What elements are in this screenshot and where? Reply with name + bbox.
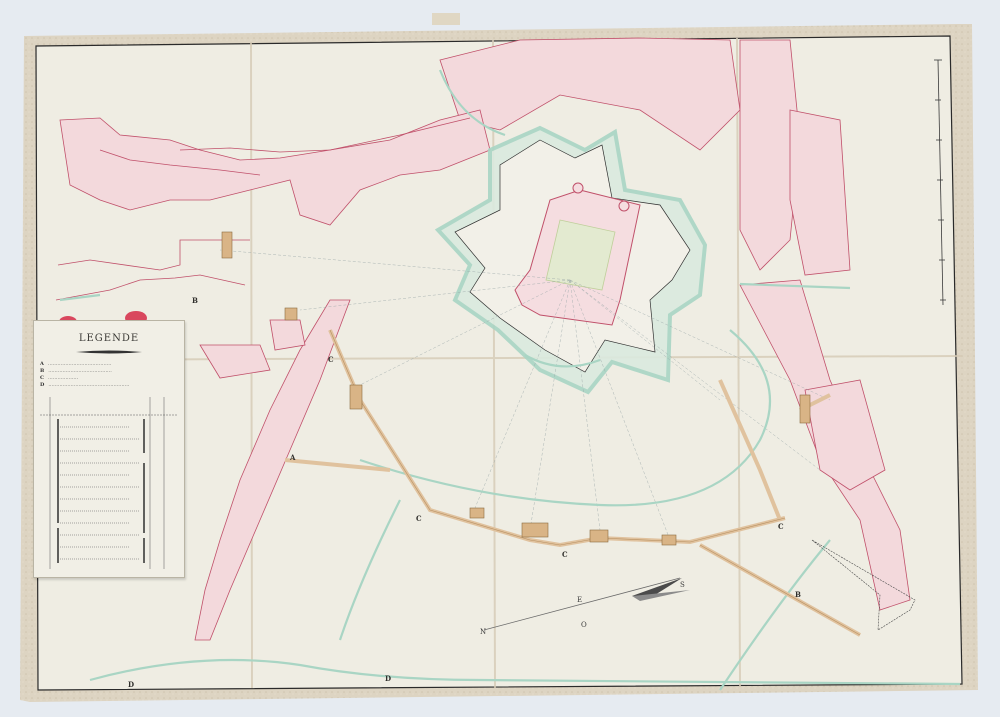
legend-table (40, 393, 178, 571)
map-label-b: B (795, 590, 801, 599)
map-label-c: C (778, 522, 784, 531)
map-label-b: B (192, 296, 198, 305)
compass-n: N (480, 628, 486, 636)
legend-entry: A.......................................… (40, 361, 129, 368)
map-label-d: D (128, 680, 134, 689)
legend-entries: A.......................................… (40, 361, 129, 389)
map-label-c: C (562, 550, 568, 559)
compass-s: S (680, 581, 685, 589)
map-label-c: C (416, 514, 422, 523)
compass-e: E (577, 596, 582, 604)
legend-entry: B.......................................… (40, 368, 129, 375)
legend-flourish (74, 349, 144, 355)
map-label-a: A (290, 453, 295, 462)
map-label-c: C (328, 355, 334, 364)
map-label-d: D (385, 674, 391, 683)
legend-entry: D.......................................… (40, 382, 129, 389)
legend-entry: C................... (40, 375, 129, 382)
legend-title: LEGENDE (34, 333, 184, 344)
legend-panel: LEGENDE A...............................… (33, 320, 185, 578)
compass-o: O (581, 621, 587, 629)
